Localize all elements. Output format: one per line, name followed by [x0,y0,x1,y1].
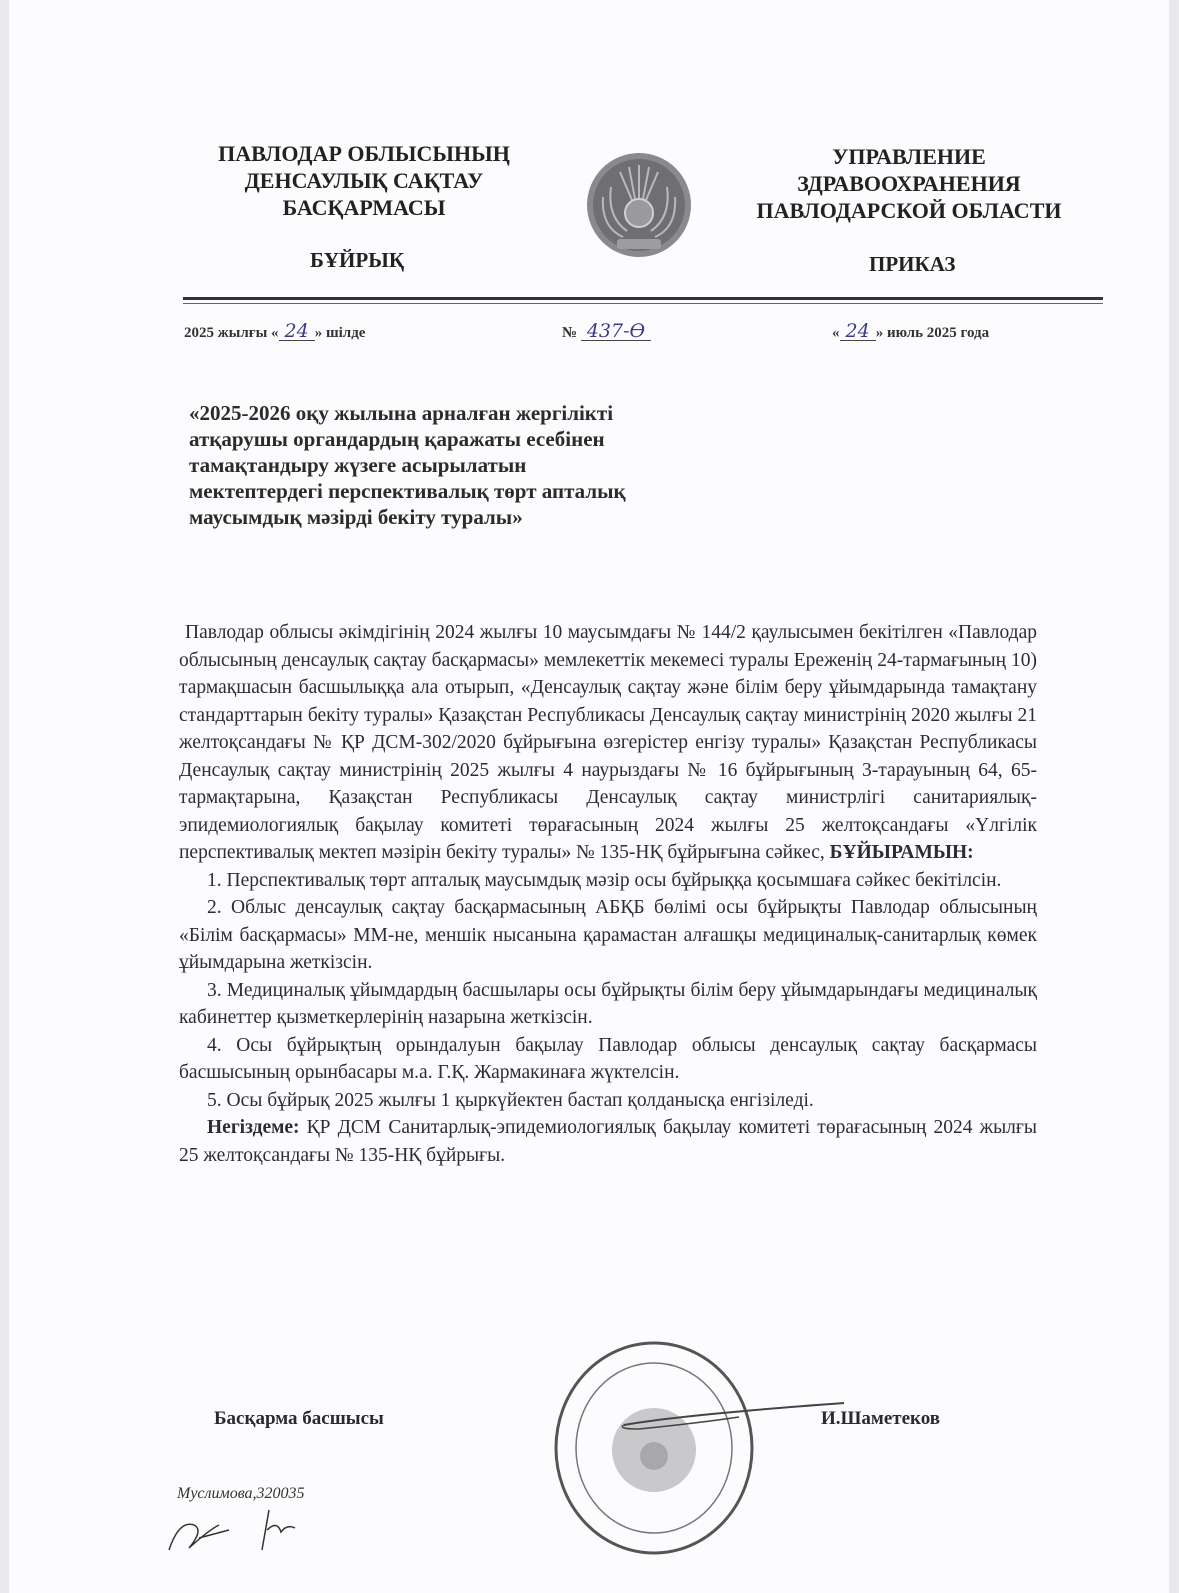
order-number-prefix: № [562,325,577,341]
date-ru-month: » июль 2025 года [876,325,989,341]
order-item: 5. Осы бұйрық 2025 жылғы 1 қыркүйектен б… [179,1087,1037,1115]
basis: Негіздеме: ҚР ДСМ Санитарлық-эпидемиолог… [179,1114,1037,1169]
date-kz-month: » шілде [315,325,366,341]
header-divider-thin [183,303,1103,304]
signature-scribble-icon [619,1395,849,1435]
org-name-kz: ПАВЛОДАР ОБЛЫСЫНЫҢ ДЕНСАУЛЫҚ САҚТАУ БАСҚ… [184,140,544,221]
preamble: Павлодар облысы әкімдігінің 2024 жылғы 1… [179,619,1037,867]
doc-type-ru: ПРИКАЗ [869,252,955,277]
org-name-kz-line: ДЕНСАУЛЫҚ САҚТАУ [184,167,544,194]
date-kz-day: 24 [279,322,315,341]
org-name-ru: УПРАВЛЕНИЕ ЗДРАВООХРАНЕНИЯ ПАВЛОДАРСКОЙ … [714,143,1104,224]
document-page: ПАВЛОДАР ОБЛЫСЫНЫҢ ДЕНСАУЛЫҚ САҚТАУ БАСҚ… [9,0,1169,1593]
basis-label: Негіздеме: [207,1117,300,1138]
order-item: 1. Перспективалық төрт апталық маусымдық… [179,867,1037,895]
org-name-ru-line: УПРАВЛЕНИЕ [714,143,1104,170]
doc-type-kz: БҰЙРЫҚ [310,248,404,273]
date-ru: «24» июль 2025 года [832,322,989,342]
order-item: 3. Медициналық ұйымдардың басшылары осы … [179,977,1037,1032]
order-item: 2. Облыс денсаулық сақтау басқармасының … [179,894,1037,977]
order-title: «2025-2026 оқу жылына арналған жергілікт… [189,400,629,530]
official-stamp-icon [549,1338,759,1558]
order-body: Павлодар облысы әкімдігінің 2024 жылғы 1… [179,619,1037,1169]
date-kz: 2025 жылғы «24» шілде [184,322,365,342]
date-ru-open: « [832,325,840,341]
order-number-value: 437-Ө [581,322,651,341]
order-number: № 437-Ө [562,322,651,342]
org-name-kz-line: БАСҚАРМАСЫ [184,194,544,221]
org-name-ru-line: ПАВЛОДАРСКОЙ ОБЛАСТИ [714,197,1104,224]
initials-scribble-icon [159,1500,299,1560]
order-word: БҰЙЫРАМЫН: [830,842,974,863]
org-name-kz-line: ПАВЛОДАР ОБЛЫСЫНЫҢ [184,140,544,167]
preamble-text: Павлодар облысы әкімдігінің 2024 жылғы 1… [179,622,1037,863]
date-kz-prefix: 2025 жылғы « [184,325,279,341]
basis-text: ҚР ДСМ Санитарлық-эпидемиологиялық бақыл… [179,1117,1037,1166]
signatory-name: И.Шаметеков [821,1408,940,1430]
order-item: 4. Осы бұйрықтың орындалуын бақылау Павл… [179,1032,1037,1087]
date-ru-day: 24 [840,322,876,341]
signatory-position: Басқарма басшысы [214,1408,384,1430]
state-emblem-icon [583,147,695,265]
org-name-ru-line: ЗДРАВООХРАНЕНИЯ [714,170,1104,197]
header-divider [183,297,1103,300]
